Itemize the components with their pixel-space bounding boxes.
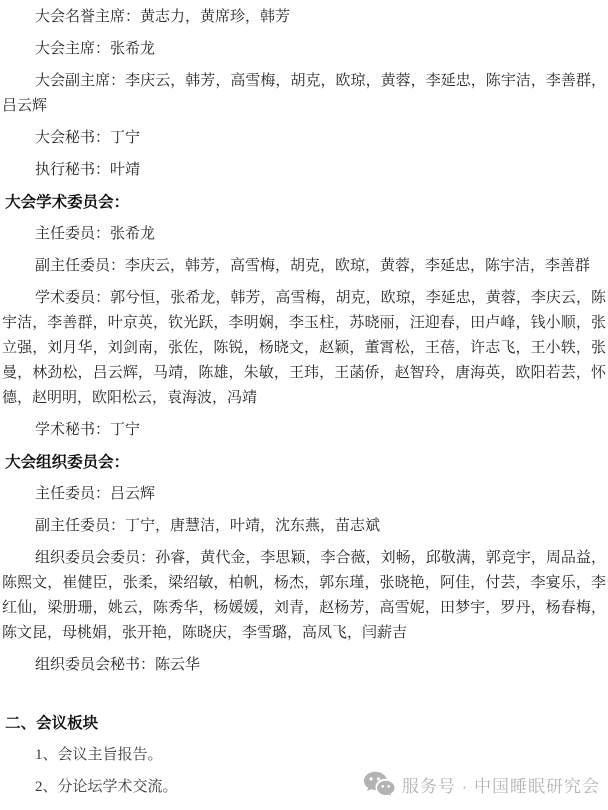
- watermark-text: 服务号 · 中国睡眠研究会: [402, 772, 600, 797]
- heading-meeting-blocks: 二、会议板块: [2, 711, 606, 736]
- para-organizing-vice-chairs: 副主任委员：丁宁，唐慧洁，叶靖，沈东燕，苗志斌: [2, 514, 606, 539]
- wechat-icon: [363, 771, 396, 798]
- para-academic-secretary: 学术秘书：丁宁: [2, 418, 606, 443]
- para-academic-vice-chairs: 副主任委员：李庆云，韩芳，高雪梅，胡克，欧琼，黄蓉，李延忠，陈宇洁，李善群: [2, 254, 606, 279]
- para-vice-chairs: 大会副主席：李庆云，韩芳，高雪梅，胡克，欧琼，黄蓉，李延忠，陈宇洁，李善群，吕云…: [2, 69, 606, 119]
- heading-academic-committee: 大会学术委员会：: [2, 190, 606, 215]
- para-conference-secretary: 大会秘书：丁宁: [2, 126, 606, 151]
- watermark: 服务号 · 中国睡眠研究会: [363, 771, 600, 798]
- para-conference-chair: 大会主席：张希龙: [2, 37, 606, 62]
- para-organizing-members: 组织委员会委员：孙睿，黄代金，李思颖，李合薇，刘畅，邱敬满，郭竞宇，周品益，陈熙…: [2, 546, 606, 646]
- document-page: 大会名誉主席：黄志力，黄席珍，韩芳 大会主席：张希龙 大会副主席：李庆云，韩芳，…: [0, 0, 608, 810]
- para-executive-secretary: 执行秘书：叶靖: [2, 158, 606, 183]
- meeting-block-item-1: 1、会议主旨报告。: [2, 743, 606, 768]
- para-organizing-secretary: 组织委员会秘书：陈云华: [2, 653, 606, 678]
- heading-organizing-committee: 大会组织委员会：: [2, 450, 606, 475]
- para-honorary-chairs: 大会名誉主席：黄志力，黄席珍，韩芳: [2, 5, 606, 30]
- para-academic-chair: 主任委员：张希龙: [2, 222, 606, 247]
- para-academic-members: 学术委员：郭兮恒，张希龙，韩芳，高雪梅，胡克，欧琼，李延忠，黄蓉，李庆云，陈宇洁…: [2, 286, 606, 411]
- para-organizing-chair: 主任委员：吕云辉: [2, 482, 606, 507]
